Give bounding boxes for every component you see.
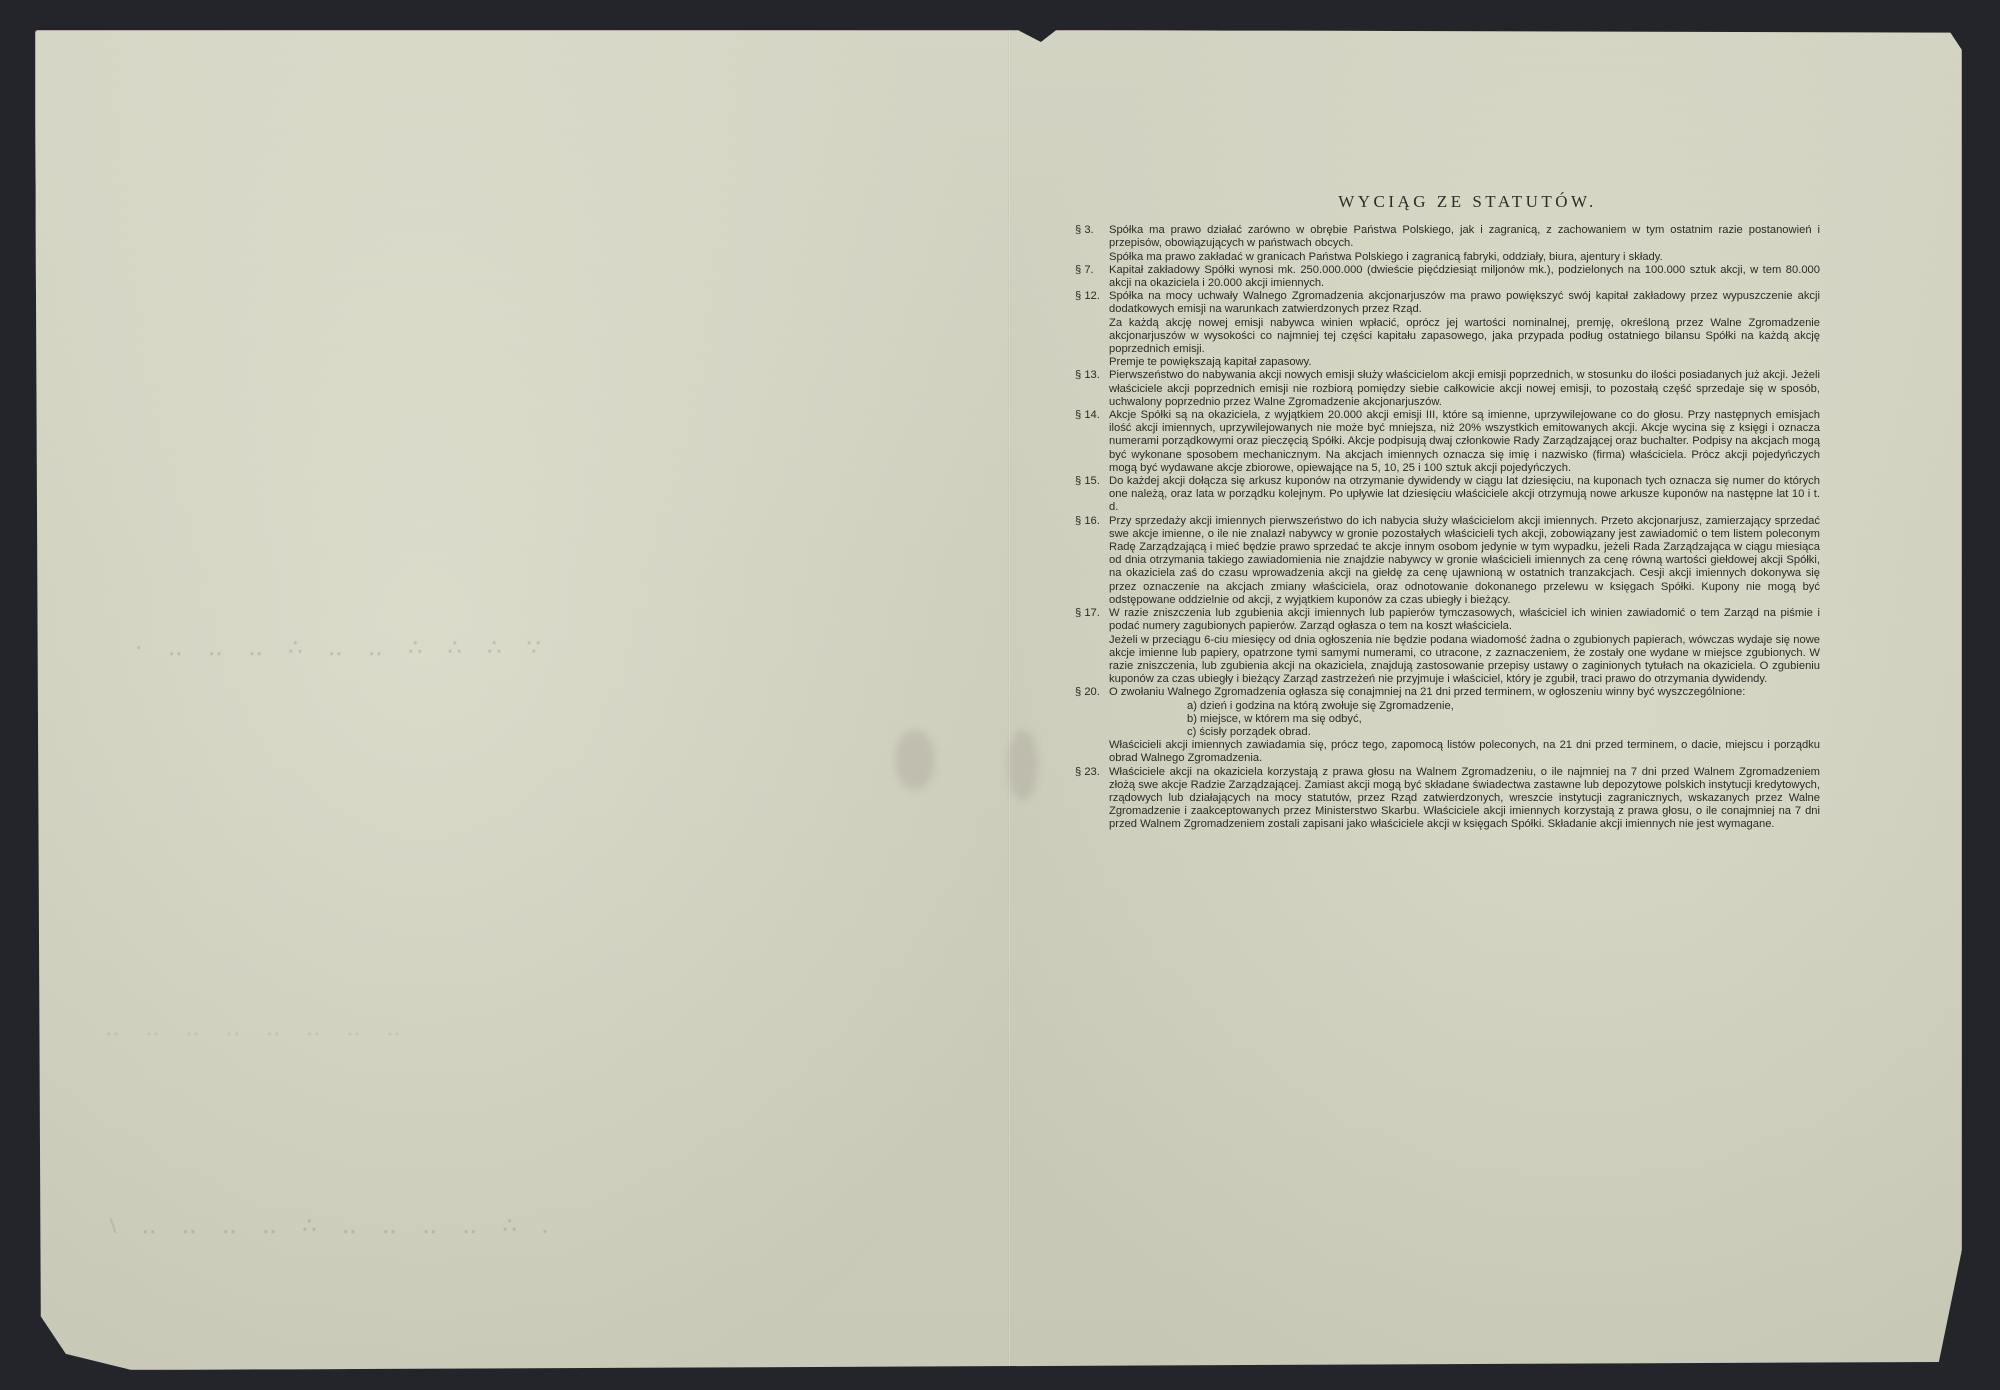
section-list-item: c) ścisły porządek obrad.	[1187, 726, 1820, 739]
section-paragraph: Spółka ma prawo działać zarówno w obrębi…	[1109, 224, 1820, 250]
section-body: W razie zniszczenia lub zgubienia akcji …	[1109, 607, 1820, 686]
section-paragraph: Spółka ma prawo zakładać w granicach Pań…	[1109, 251, 1820, 264]
section-body: Spółka na mocy uchwały Walnego Zgromadze…	[1109, 290, 1820, 369]
section-paragraph: W razie zniszczenia lub zgubienia akcji …	[1109, 607, 1820, 633]
section-paragraph: Przy sprzedaży akcji imiennych pierwszeń…	[1109, 515, 1820, 607]
statute-section: § 23.Właściciele akcji na okaziciela kor…	[1075, 766, 1820, 832]
section-body: Do każdej akcji dołącza się arkusz kupon…	[1109, 475, 1820, 515]
sections-list: § 3.Spółka ma prawo działać zarówno w ob…	[1075, 224, 1820, 831]
section-body: Akcje Spółki są na okaziciela, z wyjątki…	[1109, 409, 1820, 475]
statute-extract: WYCIĄG ZE STATUTÓW. § 3.Spółka ma prawo …	[1075, 195, 1820, 832]
section-paragraph: Kapitał zakładowy Spółki wynosi mk. 250.…	[1109, 264, 1820, 290]
paper-stain	[895, 730, 935, 790]
section-paragraph: Za każdą akcję nowej emisji nabywca wini…	[1109, 317, 1820, 357]
section-body: Przy sprzedaży akcji imiennych pierwszeń…	[1109, 515, 1820, 607]
section-number: § 16.	[1075, 515, 1109, 607]
section-body: Spółka ma prawo działać zarówno w obrębi…	[1109, 224, 1820, 264]
section-body: Właściciele akcji na okaziciela korzysta…	[1109, 766, 1820, 832]
section-number: § 7.	[1075, 264, 1109, 290]
statute-section: § 17.W razie zniszczenia lub zgubienia a…	[1075, 607, 1820, 686]
section-paragraph: O zwołaniu Walnego Zgromadzenia ogłasza …	[1109, 686, 1820, 699]
section-number: § 14.	[1075, 409, 1109, 475]
statute-section: § 14.Akcje Spółki są na okaziciela, z wy…	[1075, 409, 1820, 475]
left-page-blank: · ‥ ‥ ‥ ∴ ‥ ‥ ∴ ∴ ∴ ∵ \ ‥ ‥ ‥ ‥ ∴ ‥ ‥ ‥ …	[35, 30, 1008, 1370]
section-body: O zwołaniu Walnego Zgromadzenia ogłasza …	[1109, 686, 1820, 765]
section-number: § 17.	[1075, 607, 1109, 686]
statute-section: § 7.Kapitał zakładowy Spółki wynosi mk. …	[1075, 264, 1820, 290]
section-paragraph: Właścicieli akcji imiennych zawiadamia s…	[1109, 739, 1820, 765]
faint-show-through-text: ‥ ‥ ‥ ‥ ‥ ‥ ‥ ‥	[105, 1015, 411, 1041]
section-number: § 13.	[1075, 369, 1109, 409]
statute-section: § 20.O zwołaniu Walnego Zgromadzenia ogł…	[1075, 686, 1820, 765]
faint-show-through-text: · ‥ ‥ ‥ ∴ ‥ ‥ ∴ ∴ ∴ ∵	[135, 635, 551, 661]
section-list-item: a) dzień i godzina na którą zwołuje się …	[1187, 700, 1820, 713]
section-paragraph: Akcje Spółki są na okaziciela, z wyjątki…	[1109, 409, 1820, 475]
statute-section: § 13.Pierwszeństwo do nabywania akcji no…	[1075, 369, 1820, 409]
section-number: § 20.	[1075, 686, 1109, 765]
section-paragraph: Pierwszeństwo do nabywania akcji nowych …	[1109, 369, 1820, 409]
statute-section: § 12.Spółka na mocy uchwały Walnego Zgro…	[1075, 290, 1820, 369]
statute-section: § 3.Spółka ma prawo działać zarówno w ob…	[1075, 224, 1820, 264]
section-paragraph: Właściciele akcji na okaziciela korzysta…	[1109, 766, 1820, 832]
section-paragraph: Premje te powiększają kapitał zapasowy.	[1109, 356, 1820, 369]
statute-section: § 16.Przy sprzedaży akcji imiennych pier…	[1075, 515, 1820, 607]
section-paragraph: Jeżeli w przeciągu 6-ciu miesięcy od dni…	[1109, 634, 1820, 687]
section-number: § 15.	[1075, 475, 1109, 515]
section-number: § 23.	[1075, 766, 1109, 832]
paper-stain	[1008, 730, 1038, 800]
faint-show-through-text: \ ‥ ‥ ‥ ‥ ∴ ‥ ‥ ‥ ‥ ∴ .	[110, 1213, 558, 1239]
document-title: WYCIĄG ZE STATUTÓW.	[1115, 195, 1820, 208]
section-body: Kapitał zakładowy Spółki wynosi mk. 250.…	[1109, 264, 1820, 290]
section-paragraph: Spółka na mocy uchwały Walnego Zgromadze…	[1109, 290, 1820, 316]
section-number: § 3.	[1075, 224, 1109, 264]
section-list-item: b) miejsce, w którem ma się odbyć,	[1187, 713, 1820, 726]
section-body: Pierwszeństwo do nabywania akcji nowych …	[1109, 369, 1820, 409]
statute-section: § 15.Do każdej akcji dołącza się arkusz …	[1075, 475, 1820, 515]
section-paragraph: Do każdej akcji dołącza się arkusz kupon…	[1109, 475, 1820, 515]
section-number: § 12.	[1075, 290, 1109, 369]
